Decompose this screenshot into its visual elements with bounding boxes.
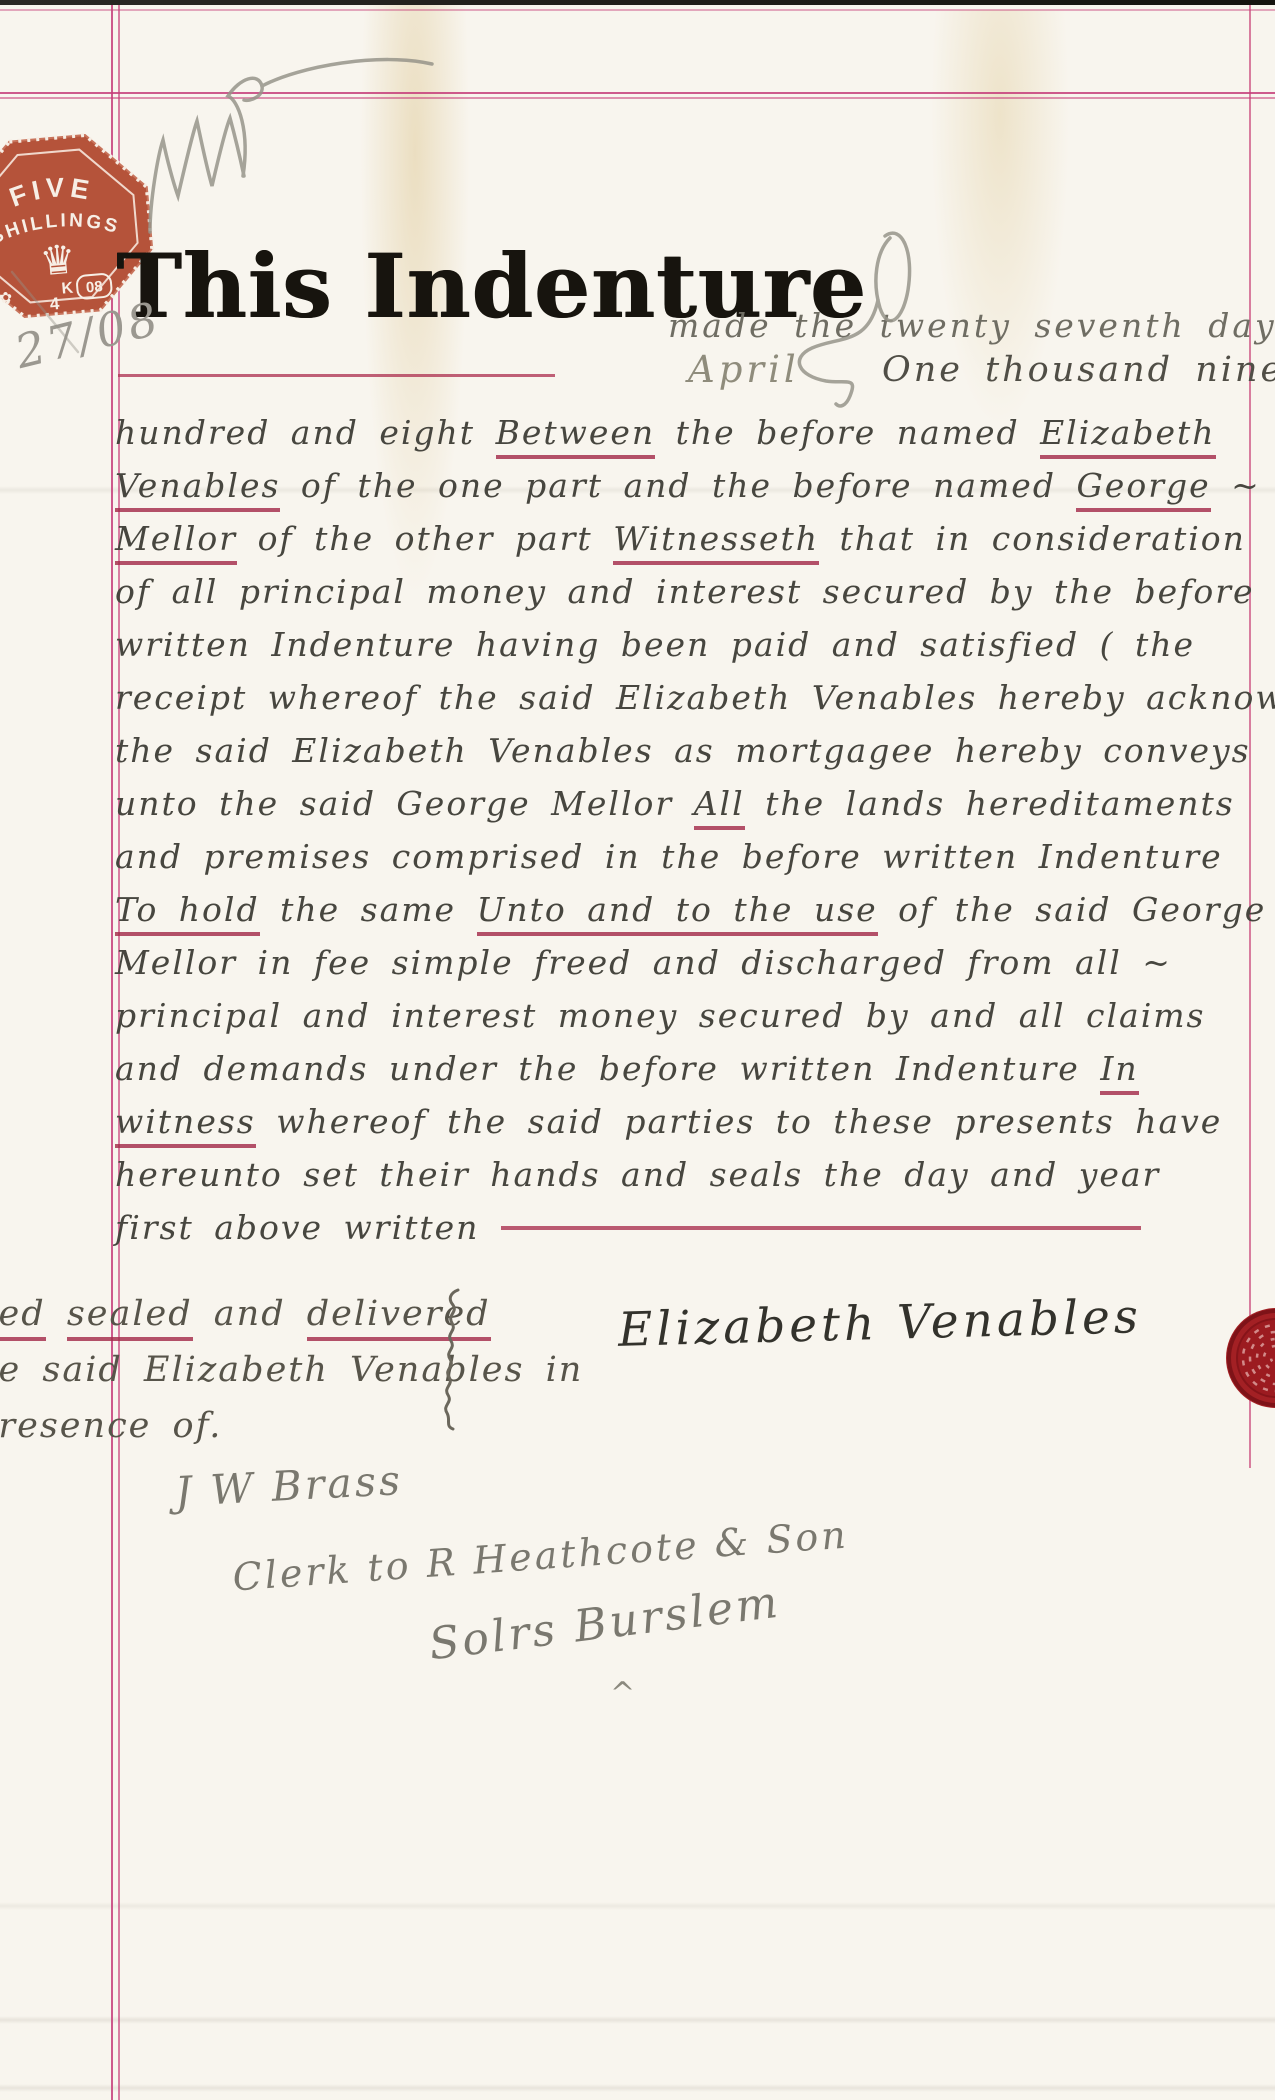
underlined-phrase: To hold: [115, 890, 260, 936]
underlined-phrase: Unto and to the use: [477, 890, 878, 936]
deed-line: To hold the same Unto and to the use of …: [115, 883, 1250, 936]
text-segment: whereof the said parties to these presen…: [256, 1102, 1223, 1141]
text-segment: of all principal money and interest secu…: [115, 572, 1255, 611]
underlined-phrase: In: [1100, 1049, 1138, 1095]
signature-elizabeth-venables: Elizabeth Venables: [617, 1289, 1142, 1358]
deed-line: first above written: [115, 1201, 1250, 1254]
text-segment: of the other part: [237, 519, 613, 558]
date-blank-rule: [118, 374, 555, 377]
text-segment: hereunto set their hands and seals the d…: [115, 1155, 1160, 1194]
deed-line: the said Elizabeth Venables as mortgagee…: [115, 724, 1250, 777]
deed-line: unto the said George Mellor All the land…: [115, 777, 1250, 830]
attestation-line: ned sealed and delivered: [0, 1286, 583, 1342]
deed-line: and premises comprised in the before wri…: [115, 830, 1250, 883]
deed-line: hereunto set their hands and seals the d…: [115, 1148, 1250, 1201]
underlined-phrase: witness: [115, 1102, 256, 1148]
deed-line: Mellor of the other part Witnesseth that…: [115, 512, 1250, 565]
text-segment: the same: [260, 890, 477, 929]
underlined-phrase: Elizabeth: [1040, 413, 1215, 459]
indenture-document-page: FIVE SHILLINGS ♛ ✿ K 4 08 This Indenture…: [0, 0, 1275, 2100]
deed-line: of all principal money and interest secu…: [115, 565, 1250, 618]
deed-line: principal and interest money secured by …: [115, 989, 1250, 1042]
deed-line: and demands under the before written Ind…: [115, 1042, 1250, 1095]
deed-body: hundred and eight Between the before nam…: [115, 406, 1250, 1254]
attestation-line: presence of.: [0, 1398, 583, 1454]
text-segment: written Indenture having been paid and s…: [115, 625, 1195, 664]
header-rule-line: [0, 92, 1275, 94]
text-segment: and: [193, 1294, 307, 1334]
wax-seal: [1216, 1300, 1275, 1424]
stamp-rose-icon: ✿: [0, 288, 13, 307]
pencil-long-stroke: [262, 60, 432, 86]
underlined-phrase: ned: [0, 1294, 46, 1341]
wax-seal-graphic: [1216, 1300, 1275, 1420]
signature-witness-firm: Solrs Burslem: [426, 1577, 783, 1671]
text-segment: that in consideration: [819, 519, 1246, 558]
signature-witness: J W Brass: [174, 1456, 404, 1516]
text-segment: [46, 1294, 67, 1334]
text-segment: presence of.: [0, 1406, 222, 1446]
attestation-clause: ned sealed and delivered he said Elizabe…: [0, 1286, 583, 1454]
header-rule-line-inner: [0, 97, 1275, 99]
top-rule-line: [0, 9, 1275, 11]
underlined-phrase: All: [694, 784, 745, 830]
deed-opening-line: made the twenty seventh day of: [668, 306, 1275, 345]
trailing-red-rule: [501, 1226, 1141, 1230]
text-segment: the said Elizabeth Venables as mortgagee…: [115, 731, 1251, 770]
underlined-phrase: delivered: [307, 1294, 491, 1341]
text-segment: and demands under the before written Ind…: [115, 1049, 1100, 1088]
stamp-year-text: 08: [85, 278, 103, 296]
deed-line: Venables of the one part and the before …: [115, 459, 1250, 512]
pencil-zigzag: [150, 118, 244, 232]
attestation-line: he said Elizabeth Venables in: [0, 1342, 583, 1398]
text-segment: first above written: [115, 1208, 479, 1247]
text-segment: and premises comprised in the before wri…: [115, 837, 1223, 876]
underlined-phrase: Venables: [115, 466, 280, 512]
text-segment: principal and interest money secured by …: [115, 996, 1205, 1035]
text-segment: Mellor in fee simple freed and discharge…: [115, 943, 1172, 982]
text-segment: of the one part and the before named: [280, 466, 1076, 505]
deed-line: witness whereof the said parties to thes…: [115, 1095, 1250, 1148]
fold-crease: [0, 2016, 1275, 2024]
fold-crease: [0, 1902, 1275, 1910]
text-segment: of the said George: [878, 890, 1267, 929]
text-segment: ~: [1211, 466, 1261, 505]
underlined-phrase: Between: [496, 413, 656, 459]
text-segment: the before named: [655, 413, 1040, 452]
deed-line: Mellor in fee simple freed and discharge…: [115, 936, 1250, 989]
underlined-phrase: sealed: [67, 1294, 193, 1341]
deed-line: hundred and eight Between the before nam…: [115, 406, 1250, 459]
text-segment: the lands hereditaments: [745, 784, 1235, 823]
text-segment: hundred and eight: [115, 413, 496, 452]
underlined-phrase: Mellor: [115, 519, 237, 565]
underlined-phrase: Witnesseth: [613, 519, 819, 565]
deed-month: April: [688, 348, 800, 391]
scan-edge: [0, 0, 1275, 5]
text-segment: receipt whereof the said Elizabeth Venab…: [115, 678, 1275, 717]
crown-icon: ♛: [38, 236, 78, 285]
text-segment: he said Elizabeth Venables in: [0, 1350, 583, 1390]
fold-crease: [0, 2084, 1275, 2092]
deed-line: receipt whereof the said Elizabeth Venab…: [115, 671, 1250, 724]
deed-line: written Indenture having been paid and s…: [115, 618, 1250, 671]
caret-mark: ^: [610, 1676, 635, 1711]
text-segment: unto the said George Mellor: [115, 784, 694, 823]
deed-year-words: One thousand nine: [882, 350, 1275, 390]
stamp-letter: K: [61, 280, 74, 298]
underlined-phrase: George: [1076, 466, 1210, 512]
